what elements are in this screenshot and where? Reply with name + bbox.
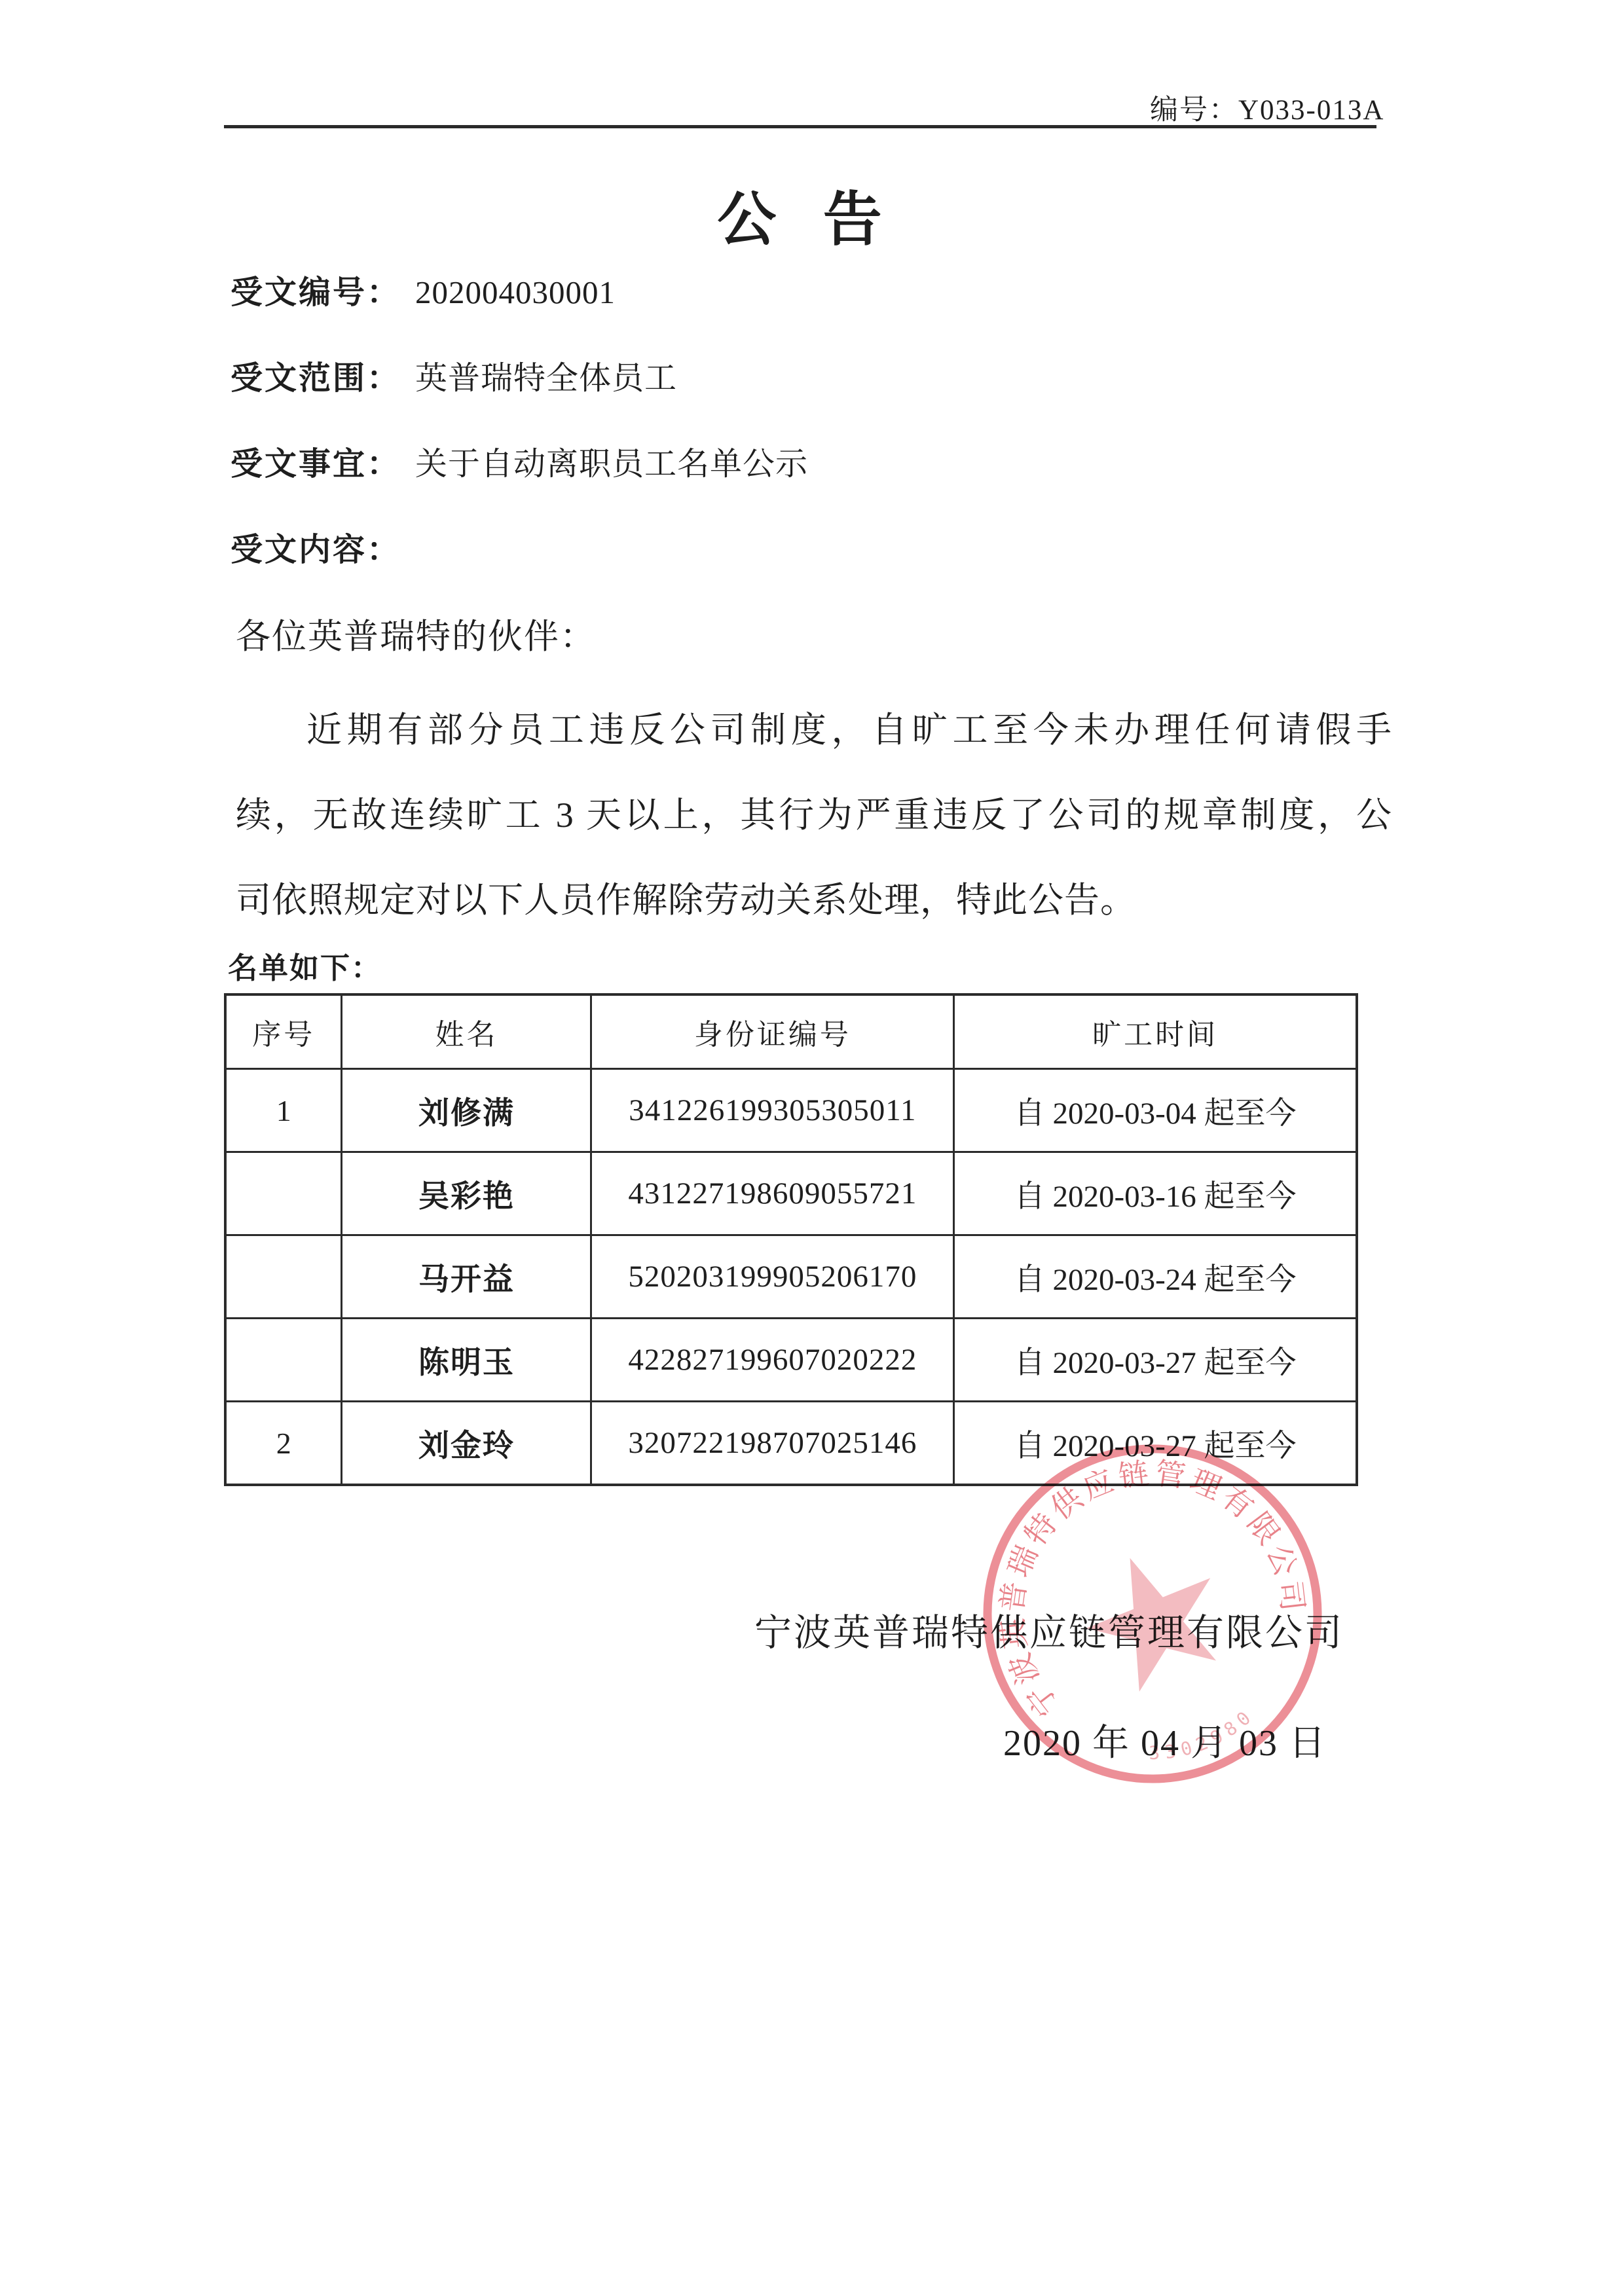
- field-receive-subject: 受文事宜：关于自动离职员工名单公示: [231, 439, 808, 484]
- field-label: 受文内容：: [231, 532, 401, 568]
- field-doc-receive-no: 受文编号：202004030001: [231, 267, 616, 313]
- cell-name: 吴彩艳: [342, 1152, 591, 1235]
- field-value: 关于自动离职员工名单公示: [415, 446, 808, 482]
- field-label: 受文编号：: [231, 275, 401, 310]
- table-row: 2 刘金玲 320722198707025146 自 2020-03-27 起至…: [225, 1402, 1357, 1485]
- cell-absence-period: 自 2020-03-04 起至今: [954, 1069, 1357, 1152]
- signature-date: 2020 年 04 月 03 日: [1003, 1714, 1327, 1766]
- cell-seq: 2: [225, 1402, 342, 1485]
- cell-name: 马开益: [342, 1235, 591, 1319]
- header-seq: 序号: [225, 994, 342, 1069]
- cell-absence-period: 自 2020-03-16 起至今: [954, 1152, 1357, 1235]
- cell-absence-period: 自 2020-03-24 起至今: [954, 1235, 1357, 1319]
- cell-absence-period: 自 2020-03-27 起至今: [954, 1402, 1357, 1485]
- table-row: 马开益 520203199905206170 自 2020-03-24 起至今: [225, 1235, 1357, 1319]
- table-row: 陈明玉 422827199607020222 自 2020-03-27 起至今: [225, 1319, 1357, 1402]
- doc-number-value: Y033-013A: [1238, 95, 1384, 126]
- header-name: 姓名: [342, 994, 591, 1069]
- field-value: 英普瑞特全体员工: [415, 360, 677, 396]
- page-title: 公 告: [224, 172, 1376, 257]
- cell-seq: [225, 1152, 342, 1235]
- doc-number-label: 编号：: [1150, 95, 1238, 126]
- signature-company: 宁波英普瑞特供应链管理有限公司: [754, 1603, 1344, 1656]
- cell-name: 陈明玉: [342, 1319, 591, 1402]
- cell-id-number: 320722198707025146: [591, 1402, 954, 1485]
- cell-name: 刘金玲: [342, 1402, 591, 1485]
- cell-seq: [225, 1319, 342, 1402]
- header-rule: [224, 125, 1376, 128]
- table-row: 1 刘修满 341226199305305011 自 2020-03-04 起至…: [225, 1069, 1357, 1152]
- cell-name: 刘修满: [342, 1069, 591, 1152]
- cell-seq: 1: [225, 1069, 342, 1152]
- salutation: 各位英普瑞特的伙伴：: [236, 609, 596, 659]
- cell-id-number: 422827199607020222: [591, 1319, 954, 1402]
- field-label: 受文事宜：: [231, 446, 401, 482]
- table-header-row: 序号 姓名 身份证编号 旷工时间: [225, 994, 1357, 1069]
- header-absence-period: 旷工时间: [954, 994, 1357, 1069]
- field-receive-content: 受文内容：: [231, 524, 415, 570]
- field-label: 受文范围：: [231, 361, 401, 396]
- announcement-document: 编号：Y033-013A 公 告 受文编号：202004030001 受文范围：…: [0, 0, 1624, 2296]
- doc-number: 编号：Y033-013A: [1150, 88, 1384, 128]
- cell-id-number: 431227198609055721: [591, 1152, 954, 1235]
- header-id-number: 身份证编号: [591, 994, 954, 1069]
- body-paragraph-line: 续，无故连续旷工 3 天以上，其行为严重违反了公司的规章制度，公: [236, 787, 1392, 837]
- dismissed-employees-table: 序号 姓名 身份证编号 旷工时间 1 刘修满 34122619930530501…: [224, 993, 1358, 1486]
- field-value: 202004030001: [415, 274, 616, 310]
- cell-seq: [225, 1235, 342, 1319]
- list-label: 名单如下：: [228, 944, 382, 987]
- body-paragraph-line: 近期有部分员工违反公司制度，自旷工至今未办理任何请假手: [236, 702, 1392, 752]
- body-paragraph-line: 司依照规定对以下人员作解除劳动关系处理，特此公告。: [236, 872, 1392, 922]
- cell-id-number: 341226199305305011: [591, 1069, 954, 1152]
- field-receive-scope: 受文范围：英普瑞特全体员工: [231, 353, 677, 399]
- cell-id-number: 520203199905206170: [591, 1235, 954, 1319]
- table-row: 吴彩艳 431227198609055721 自 2020-03-16 起至今: [225, 1152, 1357, 1235]
- cell-absence-period: 自 2020-03-27 起至今: [954, 1319, 1357, 1402]
